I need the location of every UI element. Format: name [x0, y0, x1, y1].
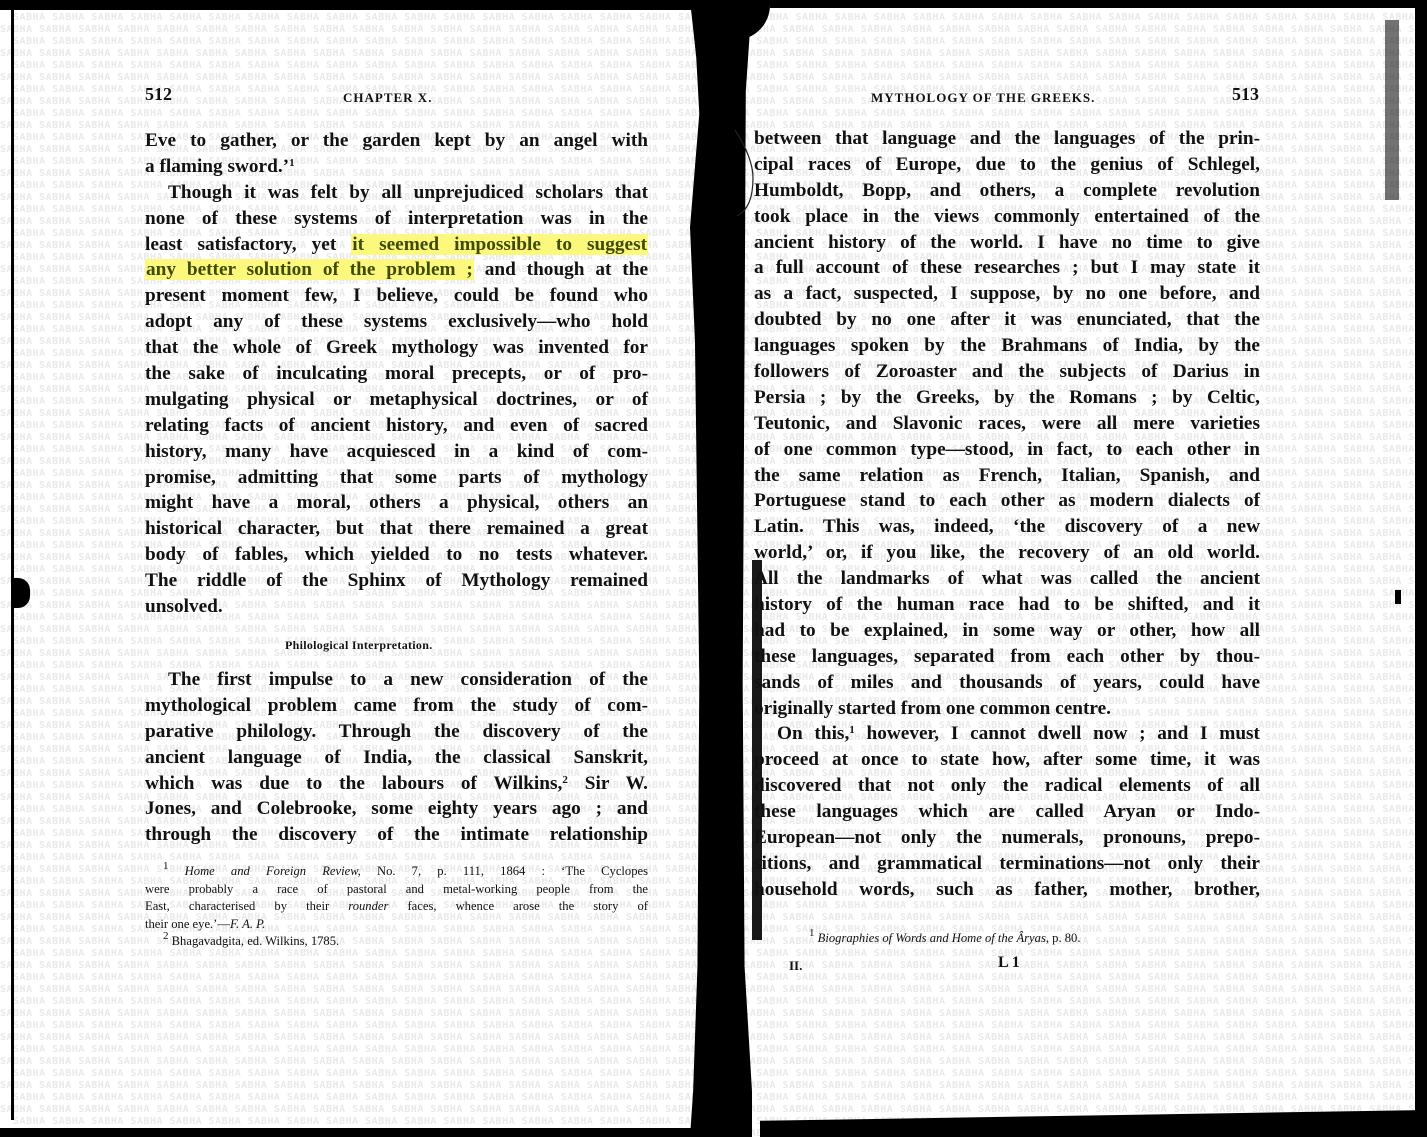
text-line: unsolved.: [145, 594, 648, 620]
page-number: 513: [1232, 84, 1259, 105]
highlighted-text[interactable]: it seemed impossible to suggest: [351, 234, 648, 255]
footnote-1: 1 Home and Foreign Review, No. 7, p. 111…: [145, 863, 648, 881]
right-body-text: between that language and the languages …: [754, 126, 1260, 903]
footnote-line: East, characterised by their rounder fac…: [145, 898, 648, 916]
text-span: and though at the: [474, 259, 648, 280]
text-line: Humboldt, Bopp, and others, a complete r…: [754, 178, 1260, 204]
text-line: ancient history of the world. I have no …: [754, 230, 1260, 256]
text-line: historical character, but that there rem…: [145, 516, 648, 542]
text-line: languages spoken by the Brahmans of Indi…: [754, 333, 1260, 359]
left-running-head: 512 CHAPTER X.: [145, 86, 650, 108]
top-left-edge: [0, 0, 700, 10]
text-span: Bhagavadgita, ed. Wilkins, 1785.: [172, 934, 340, 948]
footnote-title: Home and Foreign Review,: [185, 864, 361, 878]
section-heading: Philological Interpretation.: [285, 638, 433, 653]
text-line: On this,1 however, I cannot dwell now ; …: [754, 721, 1260, 747]
text-line: any better solution of the problem ; and…: [145, 257, 648, 283]
text-line: relating facts of ancient history, and e…: [145, 413, 648, 439]
text-span: which was due to the labours of Wilkins,: [145, 773, 562, 794]
text-line: Though it was felt by all unprejudiced s…: [145, 180, 648, 206]
text-line: sitions, and grammatical terminations—no…: [754, 851, 1260, 877]
right-running-head: MYTHOLOGY OF THE GREEKS. 513: [753, 86, 1259, 108]
footnote-marker: 2: [163, 930, 169, 942]
text-line: body of fables, which yielded to no test…: [145, 542, 648, 568]
footnote-marker: 1: [809, 927, 815, 939]
text-line: All the landmarks of what was called the…: [754, 566, 1260, 592]
footnote-ref: 1: [289, 157, 295, 169]
text-line: of one common type—stood, in fact, to ea…: [754, 437, 1260, 463]
text-line: Jones, and Colebrooke, some eighty years…: [145, 796, 648, 822]
text-span: their one eye.’—: [145, 917, 230, 931]
text-line: Persia ; by the Greeks, by the Romans ; …: [754, 385, 1260, 411]
right-page-border: [1415, 0, 1427, 1137]
text-line: least satisfactory, yet it seemed imposs…: [145, 232, 648, 258]
text-line: cipal races of Europe, due to the genius…: [754, 152, 1260, 178]
text-span: p. 80.: [1049, 931, 1080, 945]
top-right-edge: [770, 0, 1427, 8]
left-body-text: Eve to gather, or the garden kept by an …: [145, 128, 648, 620]
text-line: the same relation as French, Italian, Sp…: [754, 463, 1260, 489]
text-line: promise, admitting that some parts of my…: [145, 465, 648, 491]
text-line: took place in the views commonly enterta…: [754, 204, 1260, 230]
text-line: followers of Zoroaster and the subjects …: [754, 359, 1260, 385]
text-line: household words, such as father, mother,…: [754, 877, 1260, 903]
left-page-border: [11, 10, 14, 1120]
text-line: between that language and the languages …: [754, 126, 1260, 152]
left-page-bottom-edge: [0, 1128, 700, 1137]
text-line: history, many have acquiesced in a kind …: [145, 439, 648, 465]
text-line: might have a moral, others a physical, o…: [145, 490, 648, 516]
text-line: Eve to gather, or the garden kept by an …: [145, 128, 648, 154]
text-line: The riddle of the Sphinx of Mythology re…: [145, 568, 648, 594]
footnote-line: their one eye.’—F. A. P.: [145, 916, 648, 934]
left-body-text-2: The first impulse to a new consideration…: [145, 667, 648, 848]
right-margin-blot: [1395, 590, 1401, 604]
text-line: these languages which are called Aryan o…: [754, 799, 1260, 825]
text-line: The first impulse to a new consideration…: [145, 667, 648, 693]
text-line: as a fact, suspected, I suppose, by no o…: [754, 281, 1260, 307]
text-line: through the discovery of the intimate re…: [145, 822, 648, 848]
text-line: a full account of these researches ; but…: [754, 255, 1260, 281]
text-span: however, I cannot dwell now ; and I must: [855, 723, 1260, 744]
footnote-marker: 1: [163, 860, 169, 872]
left-edge-blot: [12, 578, 30, 608]
footnote-1: 1 Biographies of Words and Home of the Â…: [809, 930, 1259, 948]
text-span: least satisfactory, yet: [145, 234, 351, 255]
text-line: mulgating physical or metaphysical doctr…: [145, 387, 648, 413]
text-line: had to be explained, in some way or othe…: [754, 618, 1260, 644]
volume-signature: II.: [789, 958, 802, 974]
text-span: Sir W.: [568, 773, 648, 794]
gathering-signature: L 1: [998, 954, 1020, 972]
text-line: Latin. This was, indeed, ‘the discovery …: [754, 514, 1260, 540]
pencil-bracket-mark: [733, 128, 763, 220]
text-line: adopt any of these systems exclusively—w…: [145, 309, 648, 335]
text-line: discovered that not only the radical ele…: [754, 773, 1260, 799]
text-line: ancient language of India, the classical…: [145, 745, 648, 771]
text-line: parative philology. Through the discover…: [145, 719, 648, 745]
text-line: European—not only the numerals, pronouns…: [754, 825, 1260, 851]
text-line: sands of miles and thousands of years, c…: [754, 670, 1260, 696]
running-title: CHAPTER X.: [343, 90, 432, 106]
footnote-title: Biographies of Words and Home of the Âry…: [818, 931, 1049, 945]
text-line: mythological problem came from the study…: [145, 693, 648, 719]
text-line: present moment few, I believe, could be …: [145, 283, 648, 309]
text-line: the sake of inculcating moral precepts, …: [145, 361, 648, 387]
text-span: East, characterised by their: [145, 899, 348, 913]
text-line: a flaming sword.’1: [145, 154, 648, 180]
text-line: that the whole of Greek mythology was in…: [145, 335, 648, 361]
text-span: faces, whence arose the story of: [388, 899, 648, 913]
footnote-attribution: F. A. P.: [230, 917, 265, 931]
left-footnotes: 1 Home and Foreign Review, No. 7, p. 111…: [145, 863, 648, 951]
text-line: which was due to the labours of Wilkins,…: [145, 771, 648, 797]
footnote-2: 2 Bhagavadgita, ed. Wilkins, 1785.: [145, 933, 648, 951]
text-span: On this,: [777, 723, 849, 744]
running-title: MYTHOLOGY OF THE GREEKS.: [871, 90, 1095, 106]
text-line: none of these systems of interpretation …: [145, 206, 648, 232]
text-line: history of the human race had to be shif…: [754, 592, 1260, 618]
text-line: these languages, separated from each oth…: [754, 644, 1260, 670]
highlighted-text[interactable]: any better solution of the problem ;: [145, 259, 474, 280]
text-line: proceed at once to state how, after some…: [754, 747, 1260, 773]
text-span: rounder: [348, 899, 388, 913]
text-line: Portuguese stand to each other as modern…: [754, 488, 1260, 514]
text-line: originally started from one common centr…: [754, 696, 1260, 722]
right-footnote: 1 Biographies of Words and Home of the Â…: [809, 930, 1259, 948]
right-page-scatter: [1385, 20, 1399, 200]
text-line: world,’ or, if you like, the recovery of…: [754, 540, 1260, 566]
text-span: a flaming sword.’: [145, 156, 289, 177]
footnote-line: were probably a race of pastoral and met…: [145, 881, 648, 899]
page-number: 512: [145, 84, 172, 105]
text-line: doubted by no one after it was enunciate…: [754, 307, 1260, 333]
text-span: No. 7, p. 111, 1864 : ‘The Cyclopes: [361, 864, 648, 878]
text-line: Teutonic, and Slavonic races, were all m…: [754, 411, 1260, 437]
